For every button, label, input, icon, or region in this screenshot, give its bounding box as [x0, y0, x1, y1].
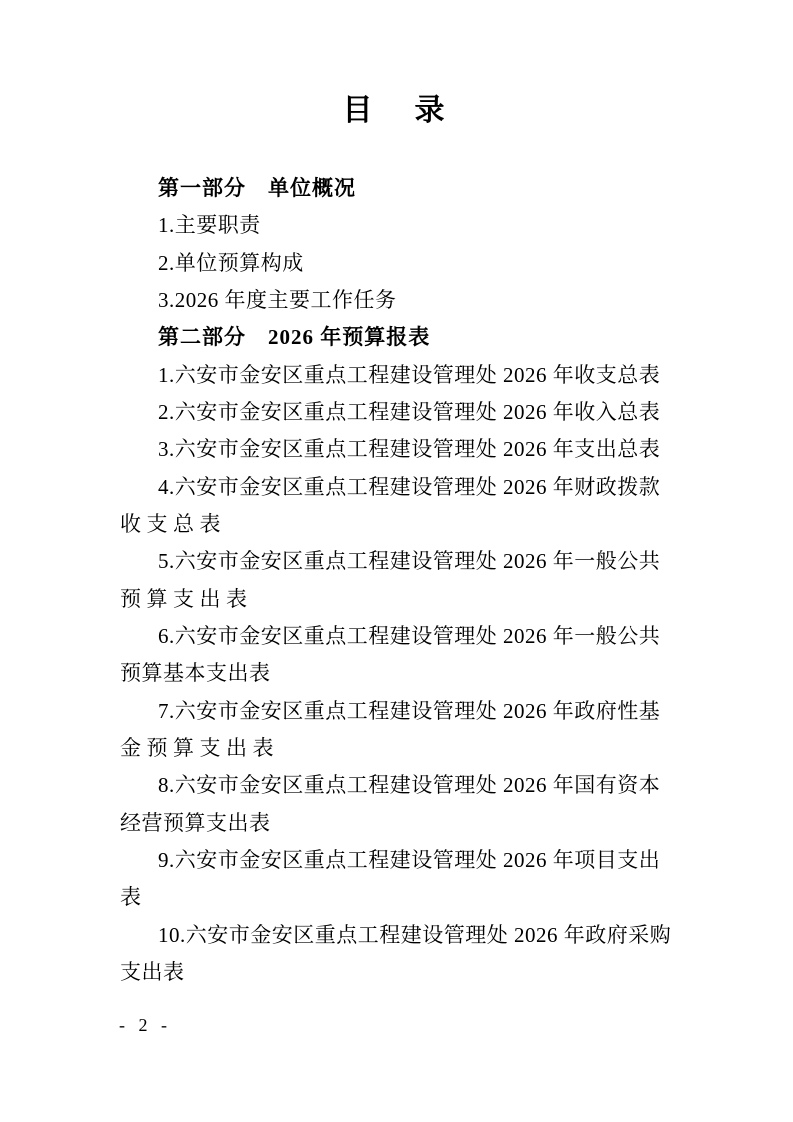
- toc-entry: 1.六安市金安区重点工程建设管理处 2026 年收支总表: [120, 357, 673, 394]
- toc-entry: 支出表: [120, 954, 673, 991]
- toc-entry: 3.六安市金安区重点工程建设管理处 2026 年支出总表: [120, 431, 673, 468]
- toc-section-heading: 第一部分 单位概况: [120, 170, 673, 207]
- toc-entry: 表: [120, 879, 673, 916]
- toc-entry: 金预算支出表: [120, 730, 673, 767]
- toc-list: 第一部分 单位概况1.主要职责2.单位预算构成3.2026 年度主要工作任务第二…: [120, 170, 673, 991]
- toc-entry: 8.六安市金安区重点工程建设管理处 2026 年国有资本: [120, 767, 673, 804]
- toc-entry: 预算支出表: [120, 581, 673, 618]
- toc-entry: 2.单位预算构成: [120, 245, 673, 282]
- toc-entry: 1.主要职责: [120, 207, 673, 244]
- toc-section-heading: 第二部分 2026 年预算报表: [120, 319, 673, 356]
- toc-entry: 10.六安市金安区重点工程建设管理处 2026 年政府采购: [120, 917, 673, 954]
- document-title: 目 录: [0, 92, 793, 130]
- toc-entry: 4.六安市金安区重点工程建设管理处 2026 年财政拨款: [120, 469, 673, 506]
- toc-entry: 7.六安市金安区重点工程建设管理处 2026 年政府性基: [120, 693, 673, 730]
- toc-entry: 收支总表: [120, 506, 673, 543]
- toc-entry: 2.六安市金安区重点工程建设管理处 2026 年收入总表: [120, 394, 673, 431]
- toc-entry: 经营预算支出表: [120, 805, 673, 842]
- toc-entry: 9.六安市金安区重点工程建设管理处 2026 年项目支出: [120, 842, 673, 879]
- toc-entry: 3.2026 年度主要工作任务: [120, 282, 673, 319]
- toc-entry: 5.六安市金安区重点工程建设管理处 2026 年一般公共: [120, 543, 673, 580]
- page-number: - 2 -: [119, 1013, 169, 1037]
- toc-entry: 预算基本支出表: [120, 655, 673, 692]
- document-page: 目 录 第一部分 单位概况1.主要职责2.单位预算构成3.2026 年度主要工作…: [0, 0, 793, 1122]
- toc-entry: 6.六安市金安区重点工程建设管理处 2026 年一般公共: [120, 618, 673, 655]
